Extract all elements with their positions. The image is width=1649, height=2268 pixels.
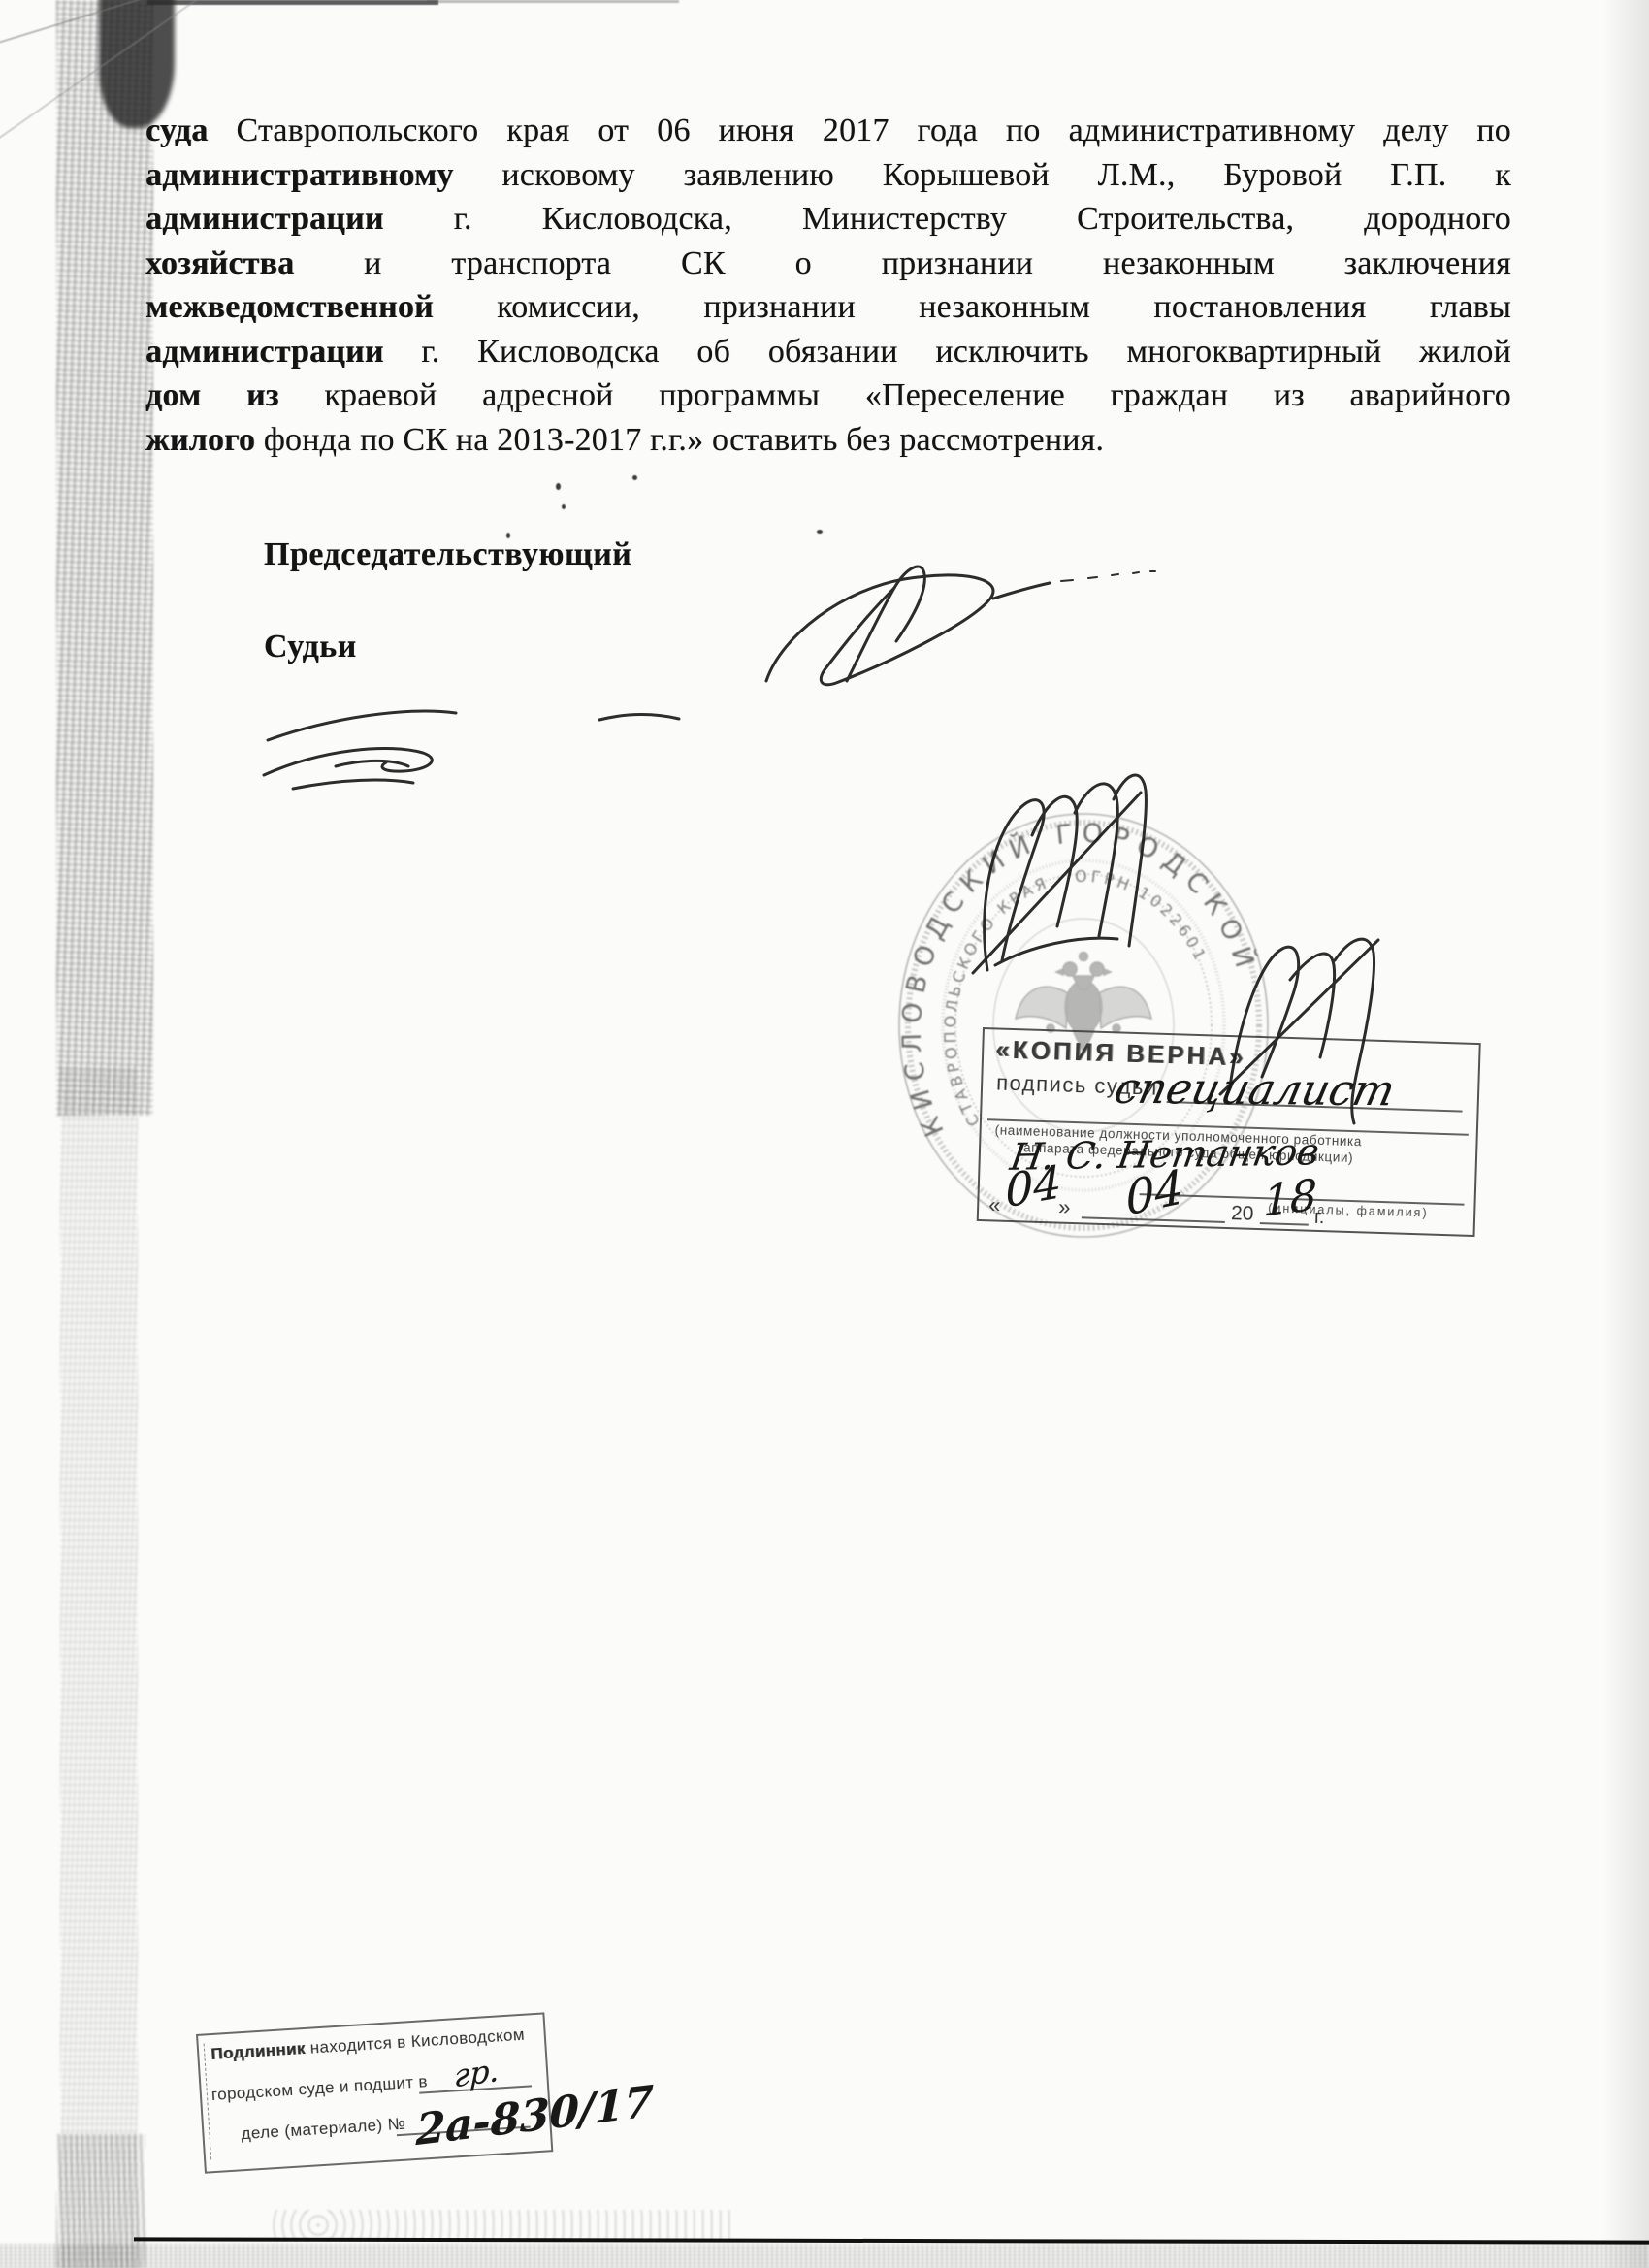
line-text: краевой адресной программы «Переселение … [279, 377, 1511, 413]
paragraph-line: межведомственной комиссии, признании нез… [145, 285, 1511, 330]
paragraph-line: административному исковому заявлению Кор… [145, 153, 1511, 198]
scan-noise-band-left-lower [60, 1067, 138, 2268]
scan-noise-bottom-left [56, 2134, 145, 2268]
scan-right-edge-shade [1602, 0, 1649, 2268]
scanned-court-document-page: суда Ставропольского края от 06 июня 201… [0, 0, 1649, 2268]
presiding-judge-signature [766, 567, 1155, 685]
line-text: Ставропольского края от 06 июня 2017 год… [209, 113, 1511, 148]
line-bold-word: дом из [145, 377, 279, 413]
paragraph-line: администрации г. Кисловодска, Министерст… [145, 197, 1511, 242]
ruling-paragraph: суда Ставропольского края от 06 июня 201… [145, 109, 1511, 462]
scan-noise-band-left [56, 0, 153, 1116]
year-prefix: 20 [1231, 1202, 1254, 1226]
judges-label: Судьи [264, 629, 357, 665]
clerk-flourish-signature [973, 775, 1146, 973]
line-bold-word: жилого [145, 422, 255, 458]
paragraph-line: суда Ставропольского края от 06 июня 201… [145, 109, 1511, 153]
archive-stamp: Подлинник находится в Кисловодском город… [196, 2012, 553, 2173]
line-text: г. Кисловодска, Министерству Строительст… [384, 201, 1511, 237]
line-text: г. Кисловодска об обязании исключить мно… [384, 334, 1511, 370]
handwritten-date-day: 04 [1004, 1155, 1062, 1218]
line-bold-word: суда [145, 113, 209, 148]
paragraph-line: хозяйства и транспорта СК о признании не… [145, 242, 1511, 286]
archive-line3: деле (материале) № [241, 2115, 406, 2145]
paragraph-line: дом из краевой адресной программы «Перес… [145, 373, 1511, 418]
line-bold-word: администрации [145, 334, 384, 370]
paragraph-line: жилого фонда по СК на 2013-2017 г.г.» ос… [145, 418, 1511, 463]
scan-edge-line-top-2 [427, 0, 679, 3]
ink-speck [556, 483, 561, 490]
handwritten-clerk-position: специалист [1110, 1064, 1399, 1116]
handwritten-date-year: 18 [1263, 1170, 1317, 1226]
paragraph-line: администрации г. Кисловодска об обязании… [145, 330, 1511, 374]
line-bold-word: межведомственной [145, 289, 434, 325]
ink-speck [562, 504, 566, 509]
line-bold-word: административному [145, 157, 454, 193]
scan-bottom-speckle [272, 2210, 737, 2241]
archive-line1-bold: Подлинник [210, 2039, 307, 2063]
line-text: и транспорта СК о признании незаконным з… [294, 245, 1511, 281]
date-quote-open: « [988, 1192, 1001, 1217]
line-text: комиссии, признании незаконным постановл… [434, 289, 1511, 325]
line-text: исковому заявлению Корышевой Л.М., Буров… [454, 157, 1511, 193]
presiding-judge-label: Председательствующий [264, 536, 631, 573]
judge-signature [264, 711, 679, 789]
scan-bottom-noise [0, 2244, 1649, 2268]
line-bold-word: хозяйства [145, 245, 294, 281]
ink-speck [817, 530, 823, 534]
ink-speck [632, 475, 637, 480]
line-bold-word: администрации [145, 201, 384, 237]
line-text: фонда по СК на 2013-2017 г.г.» оставить … [255, 422, 1104, 458]
handwritten-case-type: гр. [454, 2051, 501, 2094]
